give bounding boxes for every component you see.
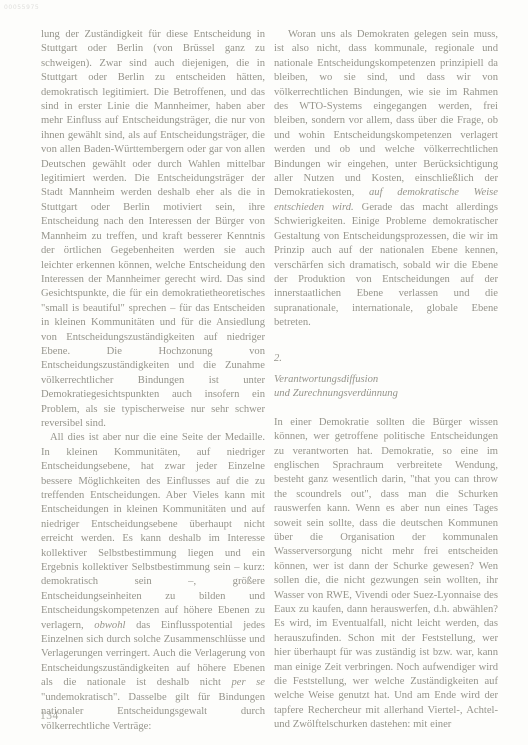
book-page: 00055975 lung der Zuständigkeit für dies… <box>0 0 528 745</box>
paragraph: Woran uns als Demokraten gelegen sein mu… <box>274 28 498 331</box>
left-column: lung der Zuständigkeit für diese Entsche… <box>41 28 265 734</box>
paragraph: All dies ist aber nur die eine Seite der… <box>41 431 265 734</box>
two-column-text: lung der Zuständigkeit für diese Entsche… <box>41 28 498 734</box>
page-number: 134 <box>40 710 59 722</box>
section-title-line: und Zurechnungsverdünnung <box>274 387 498 401</box>
paragraph: In einer Demokratie sollten die Bürger w… <box>274 416 498 733</box>
text-segment: All dies ist aber nur die eine Seite der… <box>41 432 265 630</box>
text-segment-italic: per se <box>231 677 265 688</box>
right-column: Woran uns als Demokraten gelegen sein mu… <box>274 28 498 734</box>
text-segment: Gerade das macht allerdings Schwierigkei… <box>274 202 498 328</box>
scan-stamp: 00055975 <box>4 4 39 11</box>
text-segment-italic: obwohl <box>94 620 125 631</box>
section-title-line: Verantwortungsdiffusion <box>274 373 498 387</box>
section-number: 2. <box>274 352 498 366</box>
text-segment: "undemokratisch". Dasselbe gilt für Bind… <box>41 692 265 732</box>
text-segment: Woran uns als Demokraten gelegen sein mu… <box>274 29 498 198</box>
section-heading: 2. Verantwortungsdiffusion und Zurechnun… <box>274 352 498 402</box>
paragraph-continuation: lung der Zuständigkeit für diese Entsche… <box>41 28 265 431</box>
